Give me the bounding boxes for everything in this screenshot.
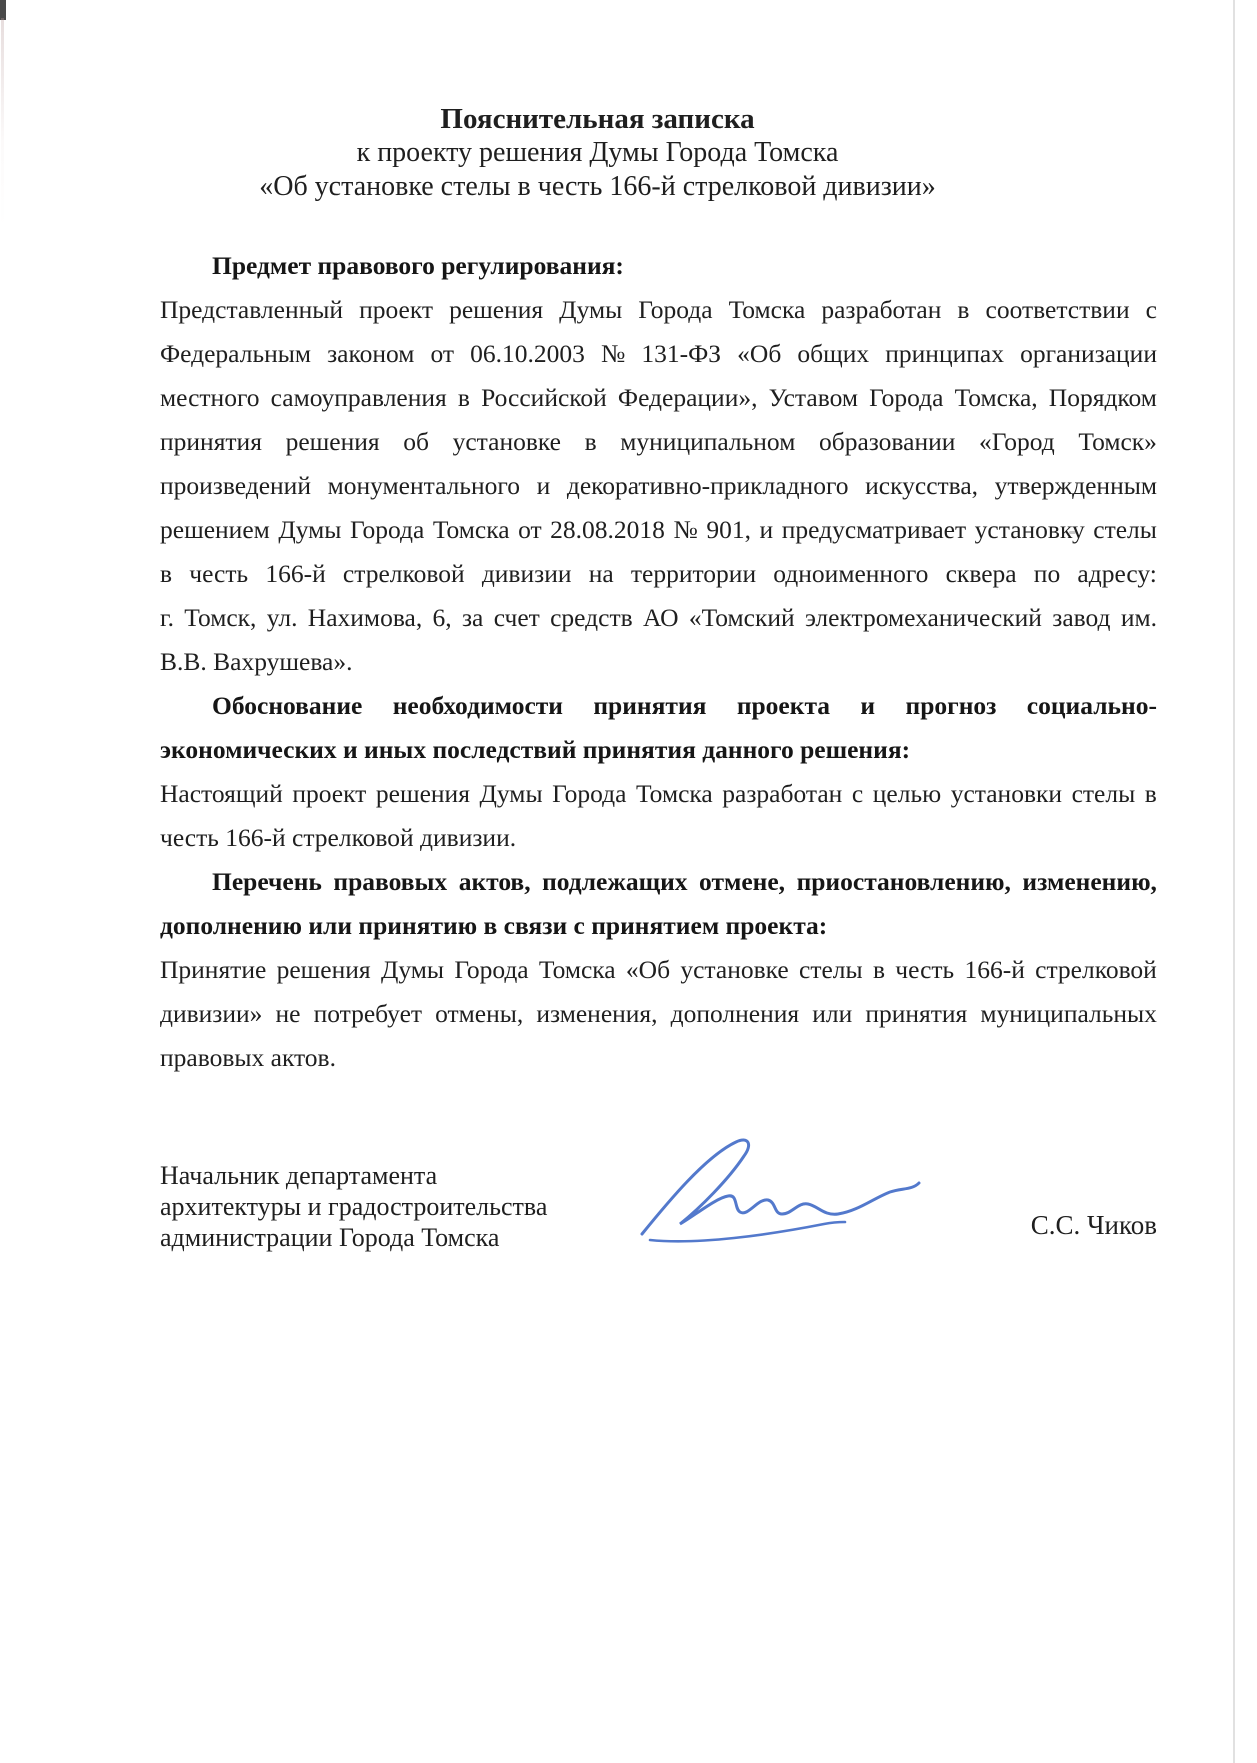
paragraph-line: дивизии»непотребуетотмены,изменения,допо… <box>160 992 1157 1036</box>
signature-block: Начальник департамента архитектуры и гра… <box>160 1160 1157 1310</box>
document-content: Пояснительная записка к проекту решения … <box>160 0 1157 1080</box>
scanned-document-page: Пояснительная записка к проекту решения … <box>0 0 1257 1763</box>
section-heading-line: Обоснованиенеобходимостипринятияпроектаи… <box>160 684 1157 728</box>
document-subtitle: к проекту решения Думы Города Томска <box>160 136 1035 170</box>
paragraph-line: принятиярешенияобустановкевмуниципальном… <box>160 420 1157 464</box>
section-heading-line: экономических и иных последствий приняти… <box>160 728 1157 772</box>
scan-edge-line <box>1233 0 1235 1763</box>
scan-corner-fade <box>1 18 4 228</box>
paragraph-line: местногосамоуправлениявРоссийскойФедерац… <box>160 376 1157 420</box>
signature-stroke <box>642 1140 919 1234</box>
paragraph-line: честь 166-й стрелковой дивизии. <box>160 816 1157 860</box>
paragraph-line: вчесть166-йстрелковойдивизиинатерритории… <box>160 552 1157 596</box>
paragraph-line: В.В. Вахрушева». <box>160 640 1157 684</box>
signature-underline-stroke <box>650 1222 845 1241</box>
paragraph-line: г.Томск,ул.Нахимова,6,засчетсредствАО«То… <box>160 596 1157 640</box>
paragraph-line: произведениймонументальногоидекоративно-… <box>160 464 1157 508</box>
paragraph-line: ПредставленныйпроектрешенияДумыГородаТом… <box>160 288 1157 332</box>
section-heading-line: дополнению или принятию в связи с принят… <box>160 904 1157 948</box>
document-subtitle-quote: «Об установке стелы в честь 166-й стрелк… <box>160 170 1035 204</box>
paragraph-line: ПринятиерешенияДумыГородаТомска«Обустано… <box>160 948 1157 992</box>
handwritten-signature <box>628 1132 928 1247</box>
scan-corner-mark <box>0 0 6 20</box>
paragraph-line: правовых актов. <box>160 1036 1157 1080</box>
document-title: Пояснительная записка <box>160 102 1035 136</box>
section-heading: Предмет правового регулирования: <box>160 244 1157 288</box>
signer-name: С.С. Чиков <box>1031 1210 1157 1241</box>
paragraph-line: НастоящийпроектрешенияДумыГородаТомскара… <box>160 772 1157 816</box>
paragraph-line: Федеральнымзакономот06.10.2003№131-ФЗ«Об… <box>160 332 1157 376</box>
document-header: Пояснительная записка к проекту решения … <box>160 102 1157 204</box>
document-body: Предмет правового регулирования: Предста… <box>160 244 1157 1080</box>
section-heading-line: Переченьправовыхактов,подлежащихотмене,п… <box>160 860 1157 904</box>
paragraph-line: решениемДумыГородаТомскаот28.08.2018№901… <box>160 508 1157 552</box>
